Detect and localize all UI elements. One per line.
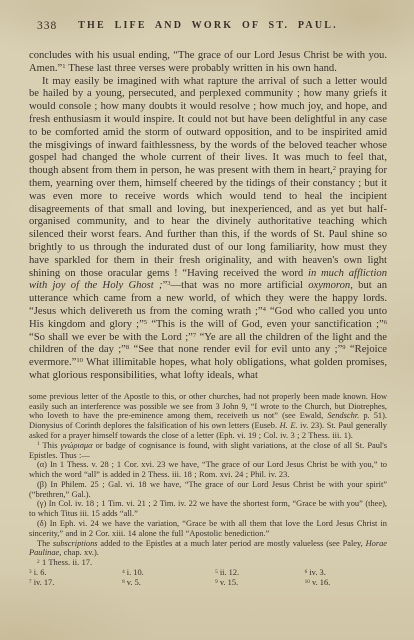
page-body: concludes with his usual ending, “The gr…	[29, 50, 387, 383]
footnote-references: 3 i. 6. 4 i. 10. 5 ii. 12. 6 iv. 3. 7 iv…	[29, 568, 387, 588]
footnote-ref: 5 ii. 12.	[215, 568, 305, 578]
footnote-subscriptions: The subscriptions added to the Epistles …	[29, 539, 387, 559]
footnote-ref: 8 v. 5.	[122, 578, 215, 588]
footnote-1-intro: 1 This γνώρισμα or badge of cognisance i…	[29, 441, 387, 461]
footnote-ref: 10 v. 16.	[305, 578, 387, 588]
footnote-ref: 6 iv. 3.	[305, 568, 387, 578]
page-number: 338	[37, 20, 57, 32]
footnote-1-alpha: (α) In 1 Thess. v. 28 ; 1 Cor. xvi. 23 w…	[29, 460, 387, 480]
footnote-ref: 4 i. 10.	[122, 568, 215, 578]
footnotes-section: some previous letter of the Apostle to t…	[29, 392, 387, 588]
running-title: THE LIFE AND WORK OF ST. PAUL.	[29, 20, 387, 31]
footnote-ref: 9 v. 15.	[215, 578, 305, 588]
page-header: 338 THE LIFE AND WORK OF ST. PAUL.	[29, 20, 387, 34]
footnote-ref: 7 iv. 17.	[29, 578, 122, 588]
paragraph-1: concludes with his usual ending, “The gr…	[29, 50, 387, 76]
footnote-2: 2 1 Thess. ii. 17.	[29, 558, 387, 568]
footnote-continuation: some previous letter of the Apostle to t…	[29, 392, 387, 441]
paragraph-2: It may easily be imagined with what rapt…	[29, 76, 387, 383]
footnote-ref: 3 i. 6.	[29, 568, 122, 578]
footnote-1-beta: (β) In Philem. 25 ; Gal. vi. 18 we have,…	[29, 480, 387, 500]
footnote-1-delta: (δ) In Eph. vi. 24 we have the variation…	[29, 519, 387, 539]
footnote-1-gamma: (γ) In Col. iv. 18 ; 1 Tim. vi. 21 ; 2 T…	[29, 499, 387, 519]
book-page: 338 THE LIFE AND WORK OF ST. PAUL. concl…	[0, 0, 414, 640]
